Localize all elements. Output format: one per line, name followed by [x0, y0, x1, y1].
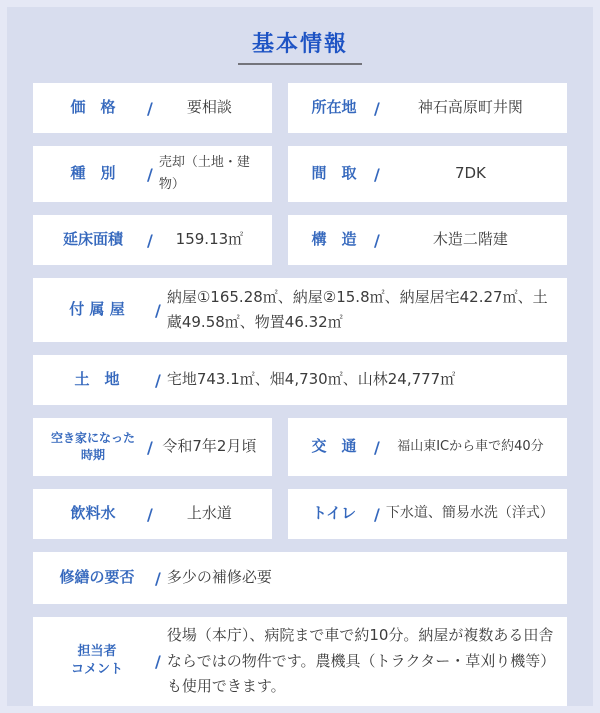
row-outbuildings: 付 属 屋 / 納屋①165.28㎡、納屋②15.8㎡、納屋居宅42.27㎡、土…	[33, 278, 567, 342]
info-cell-location: 所在地 / 神石高原町井関	[288, 83, 567, 133]
page-background: 基本情報 価 格 / 要相談 所在地 / 神石高原町井関 種 別 / 売却（土地…	[0, 0, 600, 713]
field-separator: /	[374, 231, 380, 250]
info-cell-toilet: トイレ / 下水道、簡易水洗（洋式）	[288, 489, 567, 539]
field-separator: /	[147, 505, 153, 524]
info-cell-drinking-water: 飲料水 / 上水道	[33, 489, 272, 539]
basic-info-panel: 基本情報 価 格 / 要相談 所在地 / 神石高原町井関 種 別 / 売却（土地…	[7, 7, 593, 706]
row-staff-comment: 担当者 コメント / 役場（本庁）、病院まで車で約10分。納屋が複数ある田舎なら…	[33, 617, 567, 706]
title-container: 基本情報	[33, 27, 567, 65]
info-cell-outbuildings: 付 属 屋 / 納屋①165.28㎡、納屋②15.8㎡、納屋居宅42.27㎡、土…	[33, 278, 567, 342]
field-separator: /	[374, 165, 380, 184]
info-cell-staff-comment: 担当者 コメント / 役場（本庁）、病院まで車で約10分。納屋が複数ある田舎なら…	[33, 617, 567, 706]
field-value-outbuildings: 納屋①165.28㎡、納屋②15.8㎡、納屋居宅42.27㎡、土蔵49.58㎡、…	[167, 285, 555, 336]
field-separator: /	[155, 652, 161, 671]
field-label-vacancy-date: 空き家になった 時期	[45, 430, 141, 465]
field-separator: /	[147, 99, 153, 118]
info-cell-price: 価 格 / 要相談	[33, 83, 272, 133]
info-cell-type: 種 別 / 売却（土地・建物）	[33, 146, 272, 202]
row-price-location: 価 格 / 要相談 所在地 / 神石高原町井関	[33, 83, 567, 133]
field-label-layout: 間 取	[300, 163, 368, 185]
field-label-floor-area: 延床面積	[45, 229, 141, 251]
field-label-location: 所在地	[300, 97, 368, 119]
info-cell-floor-area: 延床面積 / 159.13㎡	[33, 215, 272, 265]
row-repairs: 修繕の要否 / 多少の補修必要	[33, 552, 567, 604]
field-value-layout: 7DK	[386, 161, 555, 187]
field-value-land: 宅地743.1㎡、畑4,730㎡、山林24,777㎡	[167, 367, 555, 393]
page-title: 基本情報	[238, 27, 362, 65]
field-separator: /	[374, 99, 380, 118]
field-value-drinking-water: 上水道	[159, 501, 260, 527]
field-label-land: 土 地	[45, 369, 149, 391]
row-water-toilet: 飲料水 / 上水道 トイレ / 下水道、簡易水洗（洋式）	[33, 489, 567, 539]
row-floorarea-structure: 延床面積 / 159.13㎡ 構 造 / 木造二階建	[33, 215, 567, 265]
field-value-access: 福山東ICから車で約40分	[386, 436, 555, 458]
row-land: 土 地 / 宅地743.1㎡、畑4,730㎡、山林24,777㎡	[33, 355, 567, 405]
field-separator: /	[374, 505, 380, 524]
field-label-access: 交 通	[300, 436, 368, 458]
field-value-repairs: 多少の補修必要	[167, 565, 555, 591]
field-label-staff-comment: 担当者 コメント	[45, 643, 149, 681]
field-value-price: 要相談	[159, 95, 260, 121]
field-value-floor-area: 159.13㎡	[159, 227, 260, 253]
field-label-structure: 構 造	[300, 229, 368, 251]
info-cell-layout: 間 取 / 7DK	[288, 146, 567, 202]
field-label-repairs: 修繕の要否	[45, 567, 149, 589]
field-label-type: 種 別	[45, 163, 141, 185]
field-value-structure: 木造二階建	[386, 227, 555, 253]
field-separator: /	[155, 371, 161, 390]
field-label-price: 価 格	[45, 97, 141, 119]
field-value-toilet: 下水道、簡易水洗（洋式）	[386, 502, 555, 526]
field-separator: /	[374, 438, 380, 457]
row-type-layout: 種 別 / 売却（土地・建物） 間 取 / 7DK	[33, 146, 567, 202]
info-cell-land: 土 地 / 宅地743.1㎡、畑4,730㎡、山林24,777㎡	[33, 355, 567, 405]
info-cell-repairs: 修繕の要否 / 多少の補修必要	[33, 552, 567, 604]
field-label-outbuildings: 付 属 屋	[45, 299, 149, 321]
info-cell-structure: 構 造 / 木造二階建	[288, 215, 567, 265]
field-value-staff-comment: 役場（本庁）、病院まで車で約10分。納屋が複数ある田舎ならではの物件です。農機具…	[167, 623, 555, 700]
field-separator: /	[155, 301, 161, 320]
info-cell-vacancy-date: 空き家になった 時期 / 令和7年2月頃	[33, 418, 272, 476]
field-separator: /	[147, 165, 153, 184]
field-separator: /	[155, 569, 161, 588]
field-separator: /	[147, 438, 153, 457]
row-vacancy-access: 空き家になった 時期 / 令和7年2月頃 交 通 / 福山東ICから車で約40分	[33, 418, 567, 476]
field-label-toilet: トイレ	[300, 503, 368, 525]
field-value-type: 売却（土地・建物）	[159, 152, 260, 196]
field-label-drinking-water: 飲料水	[45, 503, 141, 525]
info-cell-access: 交 通 / 福山東ICから車で約40分	[288, 418, 567, 476]
field-value-location: 神石高原町井関	[386, 95, 555, 121]
field-separator: /	[147, 231, 153, 250]
field-value-vacancy-date: 令和7年2月頃	[159, 434, 260, 460]
